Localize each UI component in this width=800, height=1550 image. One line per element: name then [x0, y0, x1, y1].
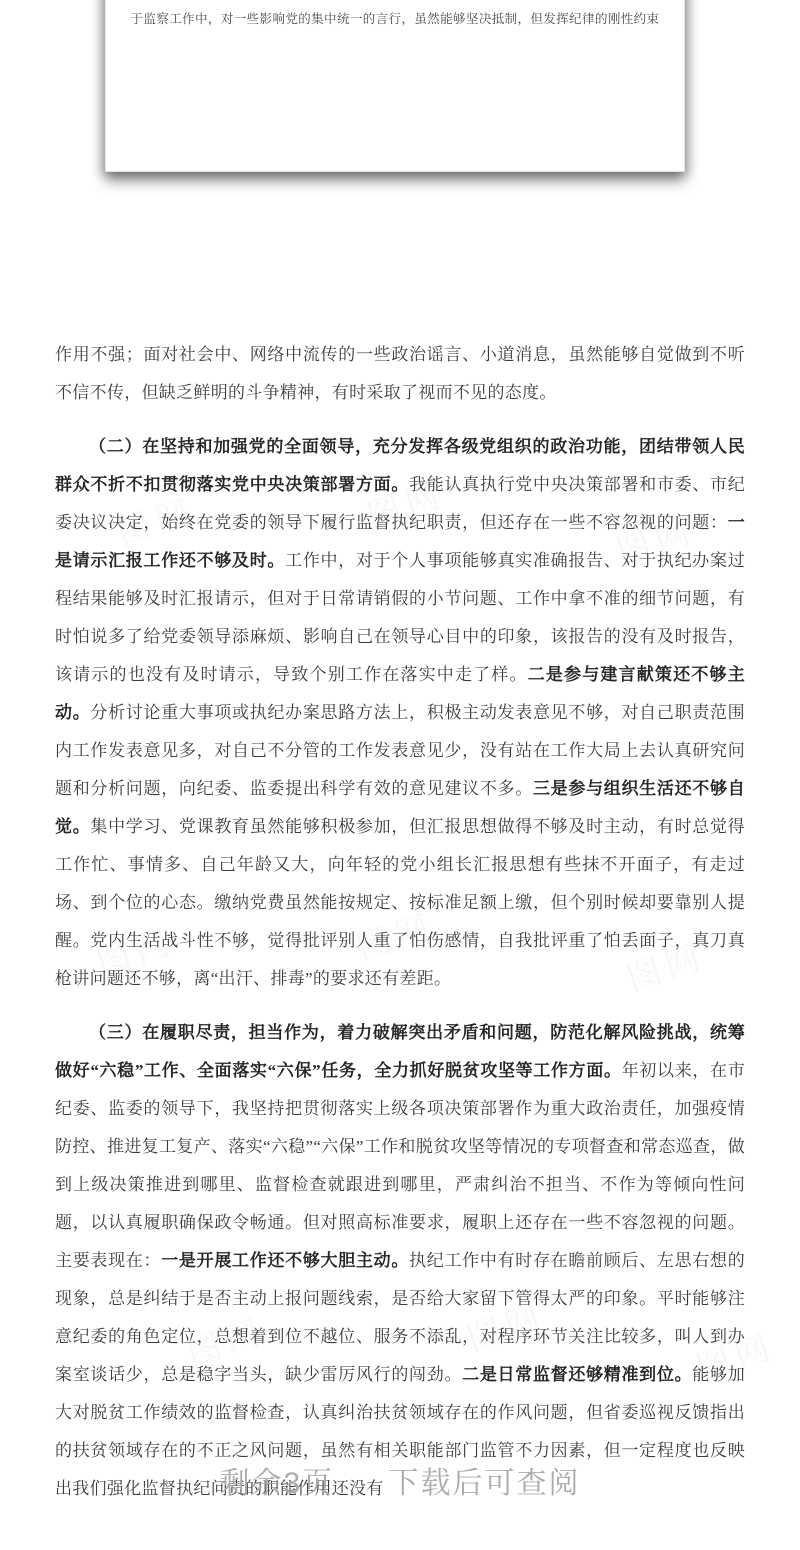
remaining-pages-count: 剩余3页 — [219, 1467, 334, 1500]
previous-page-last-line: 于监察工作中，对一些影响党的集中统一的言行，虽然能够坚决抵制，但发挥纪律的刚性约… — [106, 0, 684, 27]
body-text: 年初以来，在市纪委、监委的领导下，我坚持把贯彻落实上级各项决策部署作为重大政治责… — [55, 1061, 745, 1270]
body-text: 集中学习、党课教育虽然能够积极参加，但汇报思想做得不够及时主动，有时总觉得工作忙… — [55, 817, 745, 988]
paragraph-section-two: （二）在坚持和加强党的全面领导，充分发挥各级党组织的政治功能，团结带领人民群众不… — [55, 428, 745, 998]
emphasis-text: 二是日常监督还够精准到位。 — [462, 1365, 692, 1384]
emphasis-text: 一是开展工作还不够大胆主动。 — [161, 1251, 409, 1270]
remaining-pages-notice: 剩余3页 下载后可查阅 — [0, 1458, 800, 1502]
paragraph-continuation: 作用不强；面对社会中、网络中流传的一些政治谣言、小道消息，虽然能够自觉做到不听不… — [55, 336, 745, 412]
document-preview-page: 于监察工作中，对一些影响党的集中统一的言行，虽然能够坚决抵制，但发挥纪律的刚性约… — [0, 0, 800, 1550]
document-body: 作用不强；面对社会中、网络中流传的一些政治谣言、小道消息，虽然能够自觉做到不听不… — [55, 336, 745, 1508]
download-to-view-hint: 下载后可查阅 — [389, 1467, 581, 1500]
previous-page-card: 于监察工作中，对一些影响党的集中统一的言行，虽然能够坚决抵制，但发挥纪律的刚性约… — [105, 0, 685, 172]
body-text: 作用不强；面对社会中、网络中流传的一些政治谣言、小道消息，虽然能够自觉做到不听不… — [55, 345, 745, 402]
paragraph-section-three: （三）在履职尽责，担当作为，着力破解突出矛盾和问题，防范化解风险挑战，统筹做好“… — [55, 1014, 745, 1508]
